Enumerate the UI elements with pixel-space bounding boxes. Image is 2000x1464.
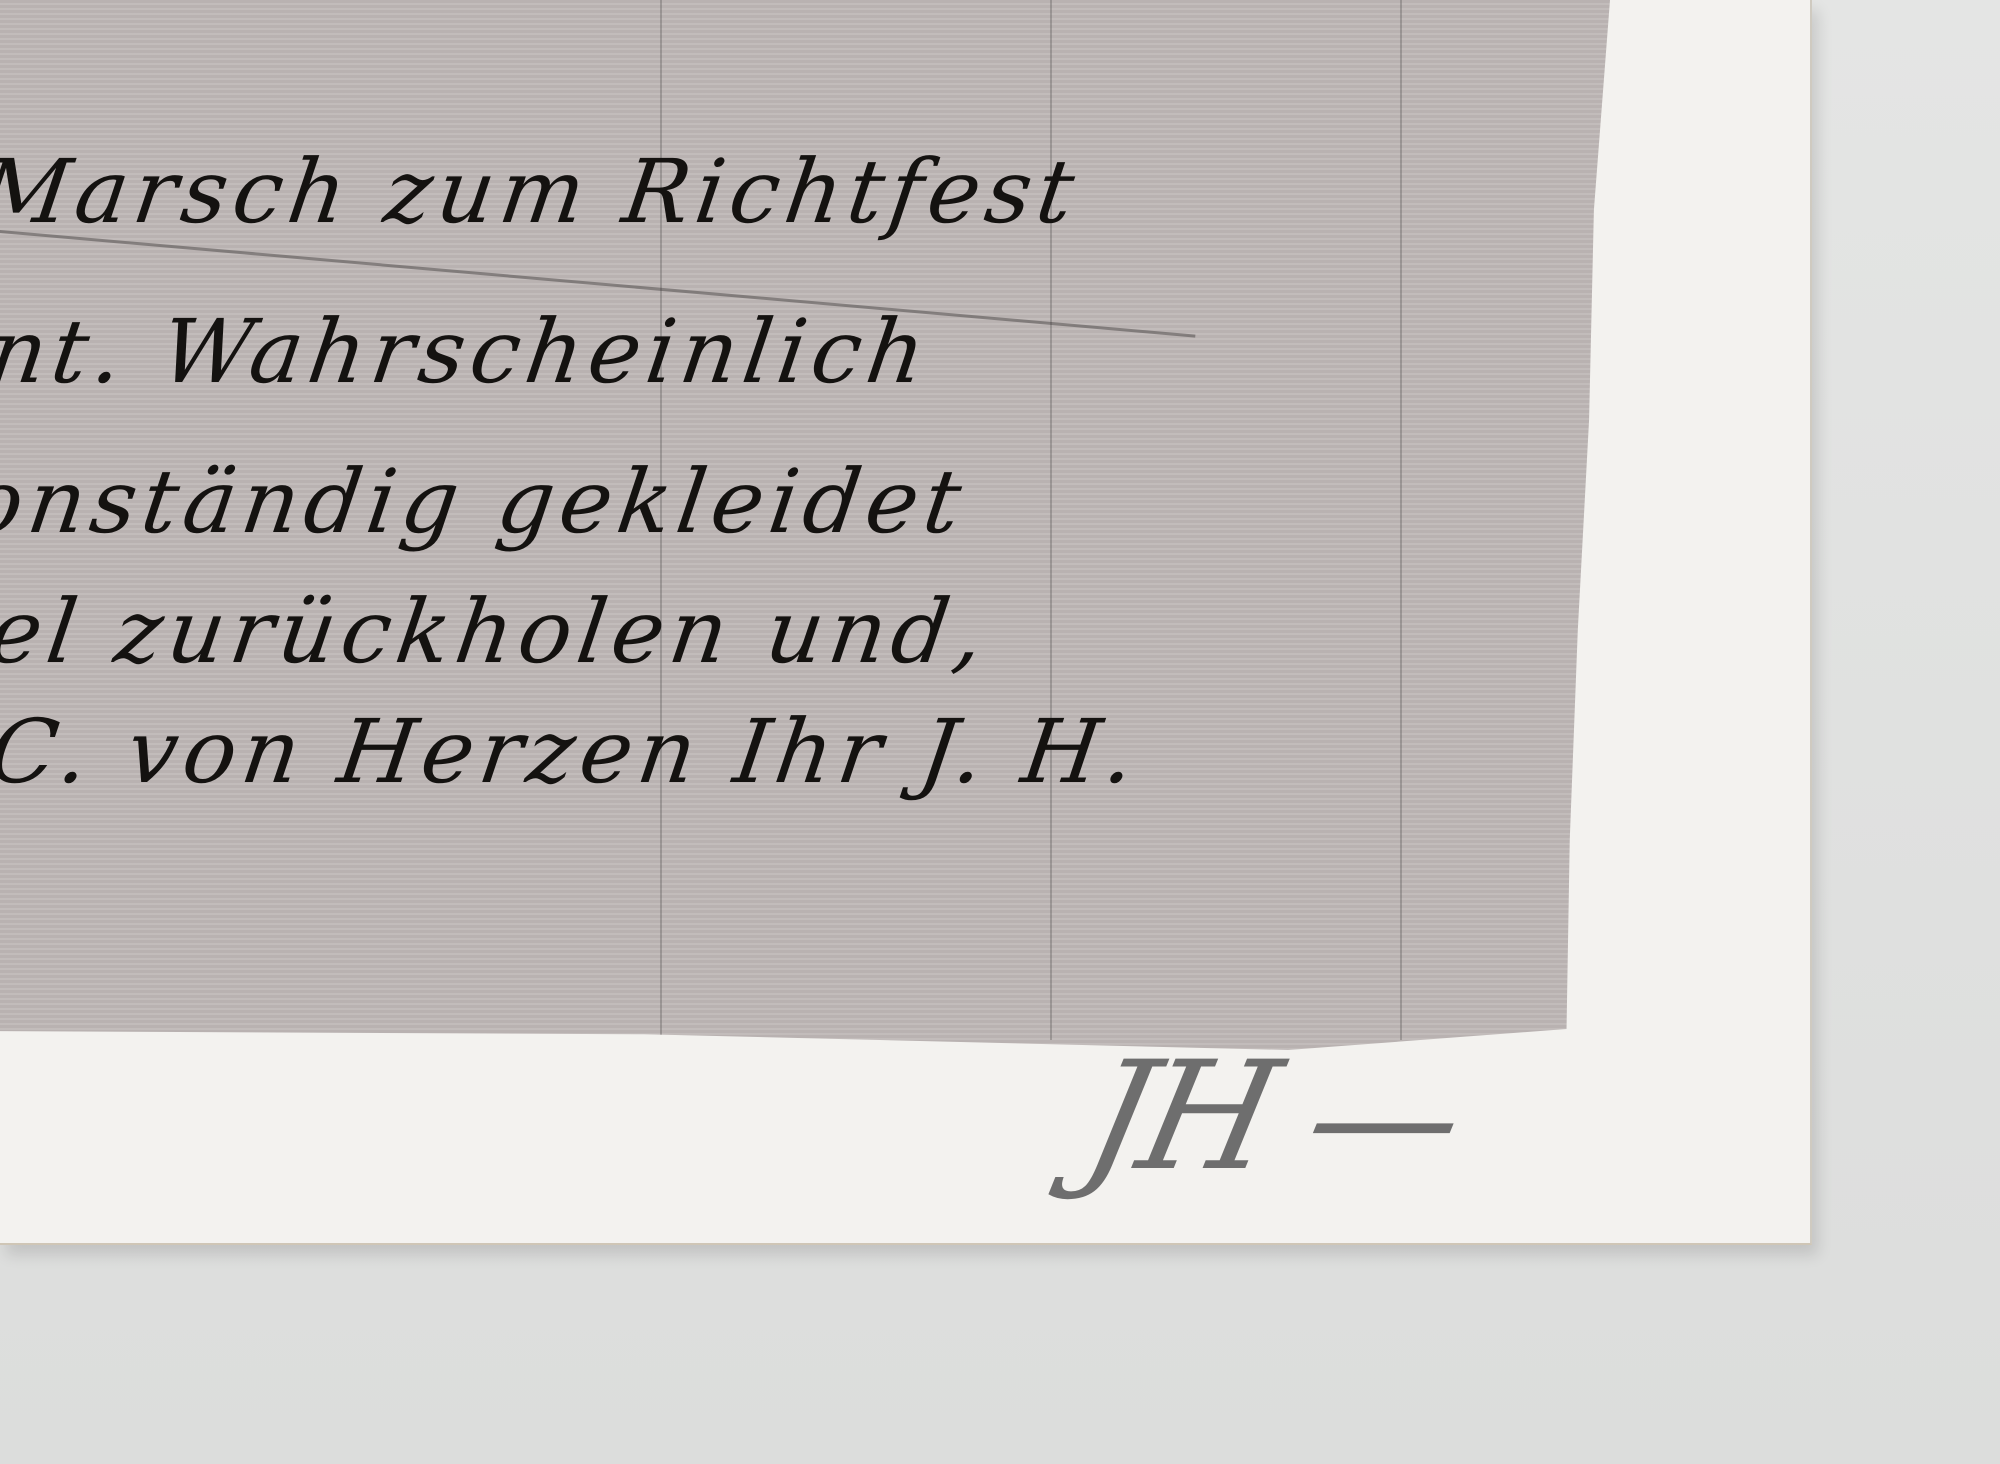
handwriting-line-1: Marsch zum Richtfest: [0, 140, 1086, 243]
ruled-line: [1400, 0, 1402, 1040]
pencil-signature: JH —: [1072, 1030, 1474, 1204]
handwritten-note: Marsch zum Richtfest nt. Wahrscheinlich …: [0, 0, 1610, 1050]
handwriting-line-3: onständig gekleidet: [0, 450, 973, 553]
handwriting-line-2: nt. Wahrscheinlich: [0, 300, 938, 403]
print-sheet: Marsch zum Richtfest nt. Wahrscheinlich …: [0, 0, 1812, 1245]
handwriting-line-4: el zurückholen und,: [0, 580, 996, 683]
handwriting-line-5: C. von Herzen Ihr J. H.: [0, 700, 1147, 803]
